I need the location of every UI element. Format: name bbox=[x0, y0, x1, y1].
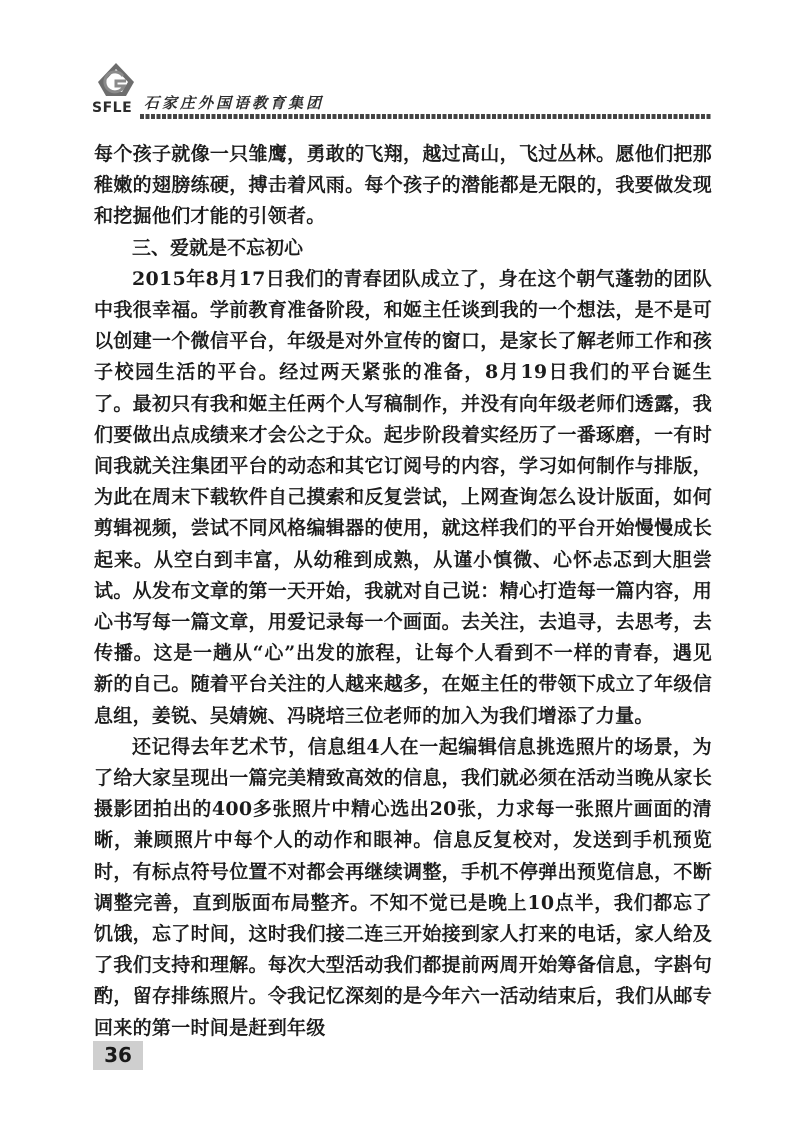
paragraph-continuation: 每个孩子就像一只雏鹰，勇敢的飞翔，越过高山，飞过丛林。愿他们把那稚嫩的翅膀练硬，… bbox=[94, 139, 712, 233]
header-divider bbox=[140, 114, 712, 119]
sfle-logo-icon bbox=[96, 62, 136, 98]
article-body: 每个孩子就像一只雏鹰，勇敢的飞翔，越过高山，飞过丛林。愿他们把那稚嫩的翅膀练硬，… bbox=[94, 139, 712, 1044]
logo: SFLE bbox=[92, 62, 140, 120]
page-header: SFLE 石家庄外国语教育集团 bbox=[92, 62, 712, 122]
paragraph: 还记得去年艺术节，信息组4人在一起编辑信息挑选照片的场景，为了给大家呈现出一篇完… bbox=[94, 732, 712, 1044]
brand-title: 石家庄外国语教育集团 bbox=[144, 92, 324, 113]
section-heading: 三、爱就是不忘初心 bbox=[94, 233, 712, 264]
page-number: 36 bbox=[93, 1041, 143, 1070]
logo-text: SFLE bbox=[92, 100, 132, 116]
paragraph: 2015年8月17日我们的青春团队成立了，身在这个朝气蓬勃的团队中我很幸福。学前… bbox=[94, 264, 712, 732]
